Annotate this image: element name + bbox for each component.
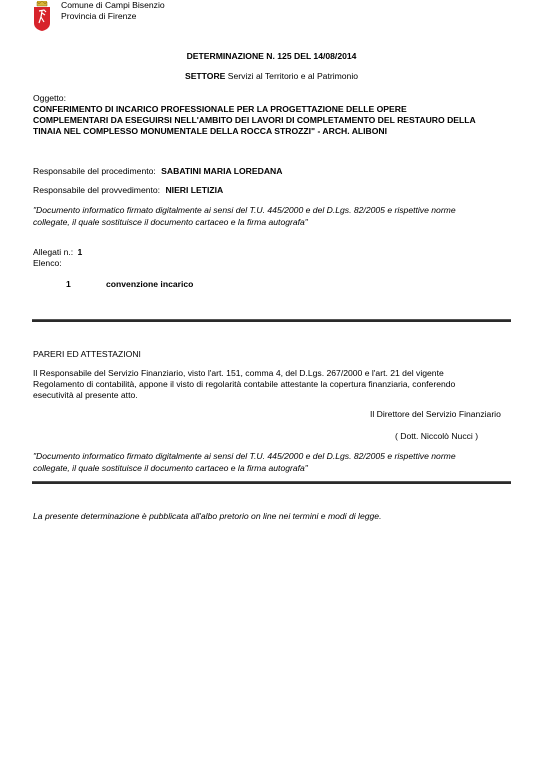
responsabile-provvedimento: Responsabile del provvedimento: NIERI LE… [33,185,223,195]
publication-note: La presente determinazione è pubblicata … [33,511,381,521]
section-divider [32,319,511,322]
oggetto-line-3: TINAIA NEL COMPLESSO MONUMENTALE DELLA R… [33,126,387,136]
settore-value: Servizi al Territorio e al Patrimonio [228,71,358,81]
responsabile-procedimento-value: SABATINI MARIA LOREDANA [161,166,282,176]
pareri-line-1: Il Responsabile del Servizio Finanziario… [33,368,444,378]
responsabile-procedimento-label: Responsabile del procedimento: [33,166,156,176]
settore-label: SETTORE [185,71,225,81]
provincia-name: Provincia di Firenze [61,11,136,22]
pareri-line-2: Regolamento di contabilità, appone il vi… [33,379,455,389]
oggetto-line-1: CONFERIMENTO DI INCARICO PROFESSIONALE P… [33,104,407,114]
oggetto-line-2: COMPLEMENTARI DA ESEGUIRSI NELL'AMBITO D… [33,115,476,125]
allegati-count-value: 1 [78,247,83,257]
pareri-firma-line-1: "Documento informatico firmato digitalme… [33,451,456,461]
firma-note-line-1: "Documento informatico firmato digitalme… [33,205,456,215]
coat-of-arms-icon [33,1,51,31]
section-divider-2 [32,481,511,484]
oggetto-label: Oggetto: [33,93,66,103]
allegato-description: convenzione incarico [106,279,193,289]
responsabile-procedimento: Responsabile del procedimento: SABATINI … [33,166,282,176]
pareri-line-3: esecutività al presente atto. [33,390,138,400]
signer-name: ( Dott. Niccolò Nucci ) [395,431,478,441]
determinazione-title: DETERMINAZIONE N. 125 DEL 14/08/2014 [0,51,543,61]
pareri-firma-line-2: collegate, il quale sostituisce il docum… [33,463,308,473]
responsabile-provvedimento-value: NIERI LETIZIA [165,185,223,195]
allegati-label: Allegati n.: [33,247,73,257]
firma-note-line-2: collegate, il quale sostituisce il docum… [33,217,308,227]
signer-role: Il Direttore del Servizio Finanziario [370,409,501,419]
pareri-title: PARERI ED ATTESTAZIONI [33,349,141,359]
elenco-label: Elenco: [33,258,62,268]
settore-line: SETTORE Servizi al Territorio e al Patri… [0,71,543,81]
responsabile-provvedimento-label: Responsabile del provvedimento: [33,185,160,195]
comune-name: Comune di Campi Bisenzio [61,0,165,11]
allegato-number: 1 [66,279,71,289]
allegati-count: Allegati n.: 1 [33,247,82,257]
